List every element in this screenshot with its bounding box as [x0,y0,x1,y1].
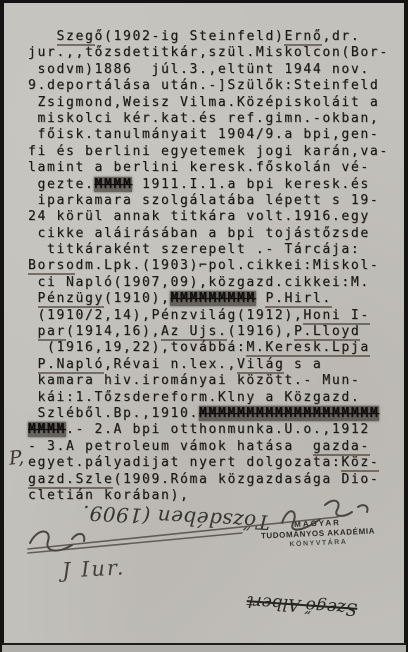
typed-segment: ci Napló(1907,09),közgazd.cikkei:M. [28,275,370,290]
typed-segment: cletián korában), [28,488,189,503]
typed-segment: ,Révai n.lex., [104,357,237,372]
typed-segment: kái:1.Tőzsdereform.Klny a Közgazd. [28,390,360,405]
typed-line: 9.deportálása után.-]Szülők:Steinfeld [28,78,400,94]
card-paper: Szegő(1902-ig Steinfeld)Ernő,dr.jur.,,tő… [4,3,404,643]
typed-line: cikke aláirásában a bpi tojástőzsde [28,226,400,242]
typed-segment: 9.deportálása után.-]Szülők:Steinfeld [28,78,379,93]
typed-underlined-segment: Szeg [57,29,95,46]
typed-underlined-segment: P.Hirl. [265,291,331,308]
typed-line: titkáraként szerepelt .- Tárcája: [28,242,400,258]
typed-line: iparkamara szolgálatába lépett s 19- [28,193,400,209]
scan-bottom-edge [2,643,406,652]
typed-line: - 3.A petroleum vámok hatása gazda- [28,439,400,455]
typed-segment: - 3.A petroleum vámok hatása [28,439,313,454]
typed-line: Szléből.Bp.,1910.MMMMMMMMMMMMMMMMMMM [28,406,400,422]
typed-segment: titkáraként szerepelt .- Tárcája: [28,242,360,257]
typed-line: főisk.tanulmányait 1904/9.a bpi,gen- [28,127,400,143]
typed-underlined-segment: Borso [28,258,75,275]
typed-line: Borsodm.Lpk.(1903)⌐pol.cikkei:Miskol- [28,258,400,274]
typed-segment: (1910), [104,291,170,306]
typed-underlined-segment: M.Keresk.Lpja [246,340,369,357]
typed-line: Pénzügy(1910),MMMMMMMMM P.Hirl. [28,291,400,307]
typed-underlined-segment: Honi I- [303,308,369,325]
typed-line: lamint a berlini keresk.főskolán vé- [28,160,400,176]
typed-line: kamara hiv.irományai között.- Mun- [28,373,400,389]
typed-line: par(1914,16),Az Ujs.(1916),P.Lloyd [28,324,400,340]
typed-segment: Zsigmond,Weisz Vilma.Középiskoláit a [28,95,379,110]
typed-segment: (1916), [227,324,293,339]
typed-line: sodvm)1886 júl.3.,eltünt 1944 nov. [28,62,400,78]
typed-line: gezte.MMMM 1911.I.1.a bpi keresk.és [28,177,400,193]
typed-underlined-segment: Világ [237,357,284,374]
typed-underlined-segment: P.Lloyd [294,324,360,341]
typed-segment: miskolci kér.kat.és ref.gimn.-okban, [28,111,379,126]
typed-line: gazd.Szle(1909.Róma közgazdasága Dio- [28,472,400,488]
typed-line: jur.,,tőzsdetitkár,szül.Miskolcon(Bor- [28,45,400,61]
typed-segment: jur.,,tőzsdetitkár,szül.Miskolcon(Bor- [28,45,389,60]
typed-line: fi és berlini egyetemek jogi karán,va- [28,144,400,160]
typed-line: (1910/2,14),Pénzvilág(1912),Honi I- [28,308,400,324]
scanned-card: Szegő(1902-ig Steinfeld)Ernő,dr.jur.,,tő… [0,0,408,652]
typed-underlined-segment: Pénzügy [38,291,104,308]
typed-segment: (1910/2,14),Pénzvilág(1912), [28,308,303,323]
typed-segment: Szléből.Bp.,1910. [28,406,199,421]
typed-segment [28,291,38,306]
typed-text-block: Szegő(1902-ig Steinfeld)Ernő,dr.jur.,,tő… [28,29,400,504]
library-stamp: MAGYAR TUDOMÁNYOS AKADÉMIA KÖNYVTÁRA [254,516,381,549]
handwritten-corner-name: Szegő Albert [231,590,372,620]
typed-segment: fi és berlini egyetemek jogi karán,va- [28,144,389,159]
typed-blackout-segment: MMMM [28,422,66,437]
typed-segment: főisk.tanulmányait 1904/9.a bpi,gen- [28,127,379,142]
typed-segment: (1909.Róma közgazdasága Dio- [113,472,379,487]
typed-segment: (1914,16), [66,324,161,339]
typed-segment: (1916,19,22),továbbá: [28,340,246,355]
typed-blackout-segment: MMMM [94,177,132,192]
typed-segment: s a [284,357,322,372]
typed-segment: kamara hiv.irományai között.- Mun- [28,373,360,388]
typed-underlined-segment: par [38,324,67,341]
typed-line: egyet.pályadijat nyert dolgozata:Köz- [28,455,400,471]
typed-underlined-segment: gazd.Szle [28,472,113,489]
typed-segment: ő(1902-ig Steinfeld) [95,29,285,44]
typed-segment: egyet.pályadijat nyert dolgozata: [28,455,341,470]
handwritten-margin-note: P, [8,446,25,469]
handwritten-crossed-note: Tőzsdében (1909. [56,499,271,534]
typed-segment [28,357,38,372]
typed-blackout-segment: MMMMMMMMMMMMMMMMMMM [199,406,379,421]
typed-segment: 1911.I.1.a bpi keresk.és [132,177,369,192]
typed-line: kái:1.Tőzsdereform.Klny a Közgazd. [28,390,400,406]
typed-segment [28,324,38,339]
typed-segment: dm.Lpk.(1903)⌐pol.cikkei:Miskol- [75,258,379,273]
typed-line: MMMM.- 2.A bpi otthonmunka.U.o.,1912 [28,422,400,438]
typed-underlined-segment: gazda- [313,439,370,456]
typed-segment: .- 2.A bpi otthonmunka.U.o.,1912 [66,422,370,437]
typed-line: Zsigmond,Weisz Vilma.Középiskoláit a [28,95,400,111]
typed-segment: gezte. [28,177,94,192]
typed-segment: 24 körül annak titkára volt.1916.egy [28,209,370,224]
typed-line: Szegő(1902-ig Steinfeld)Ernő,dr. [28,29,400,45]
typed-segment [28,29,57,44]
typed-segment: cikke aláirásában a bpi tojástőzsde [28,226,370,241]
typed-line: (1916,19,22),továbbá:M.Keresk.Lpja [28,340,400,356]
typed-line: P.Napló,Révai n.lex.,Világ s a [28,357,400,373]
typed-underlined-segment: P.Napló [38,357,104,374]
typed-line: ci Napló(1907,09),közgazd.cikkei:M. [28,275,400,291]
typed-segment: iparkamara szolgálatába lépett s 19- [28,193,379,208]
typed-segment: ,dr. [322,29,360,44]
handwritten-pencil-note: J Iur. [61,555,125,582]
typed-segment: sodvm)1886 júl.3.,eltünt 1944 nov. [28,62,370,77]
typed-underlined-segment: Köz- [341,455,379,472]
typed-line: 24 körül annak titkára volt.1916.egy [28,209,400,225]
typed-blackout-segment: MMMMMMMMM [170,291,255,306]
typed-underlined-segment: Ernő [284,29,322,46]
typed-segment: lamint a berlini keresk.főskolán vé- [28,160,370,175]
typed-line: miskolci kér.kat.és ref.gimn.-okban, [28,111,400,127]
typed-underlined-segment: Az Ujs. [161,324,227,341]
